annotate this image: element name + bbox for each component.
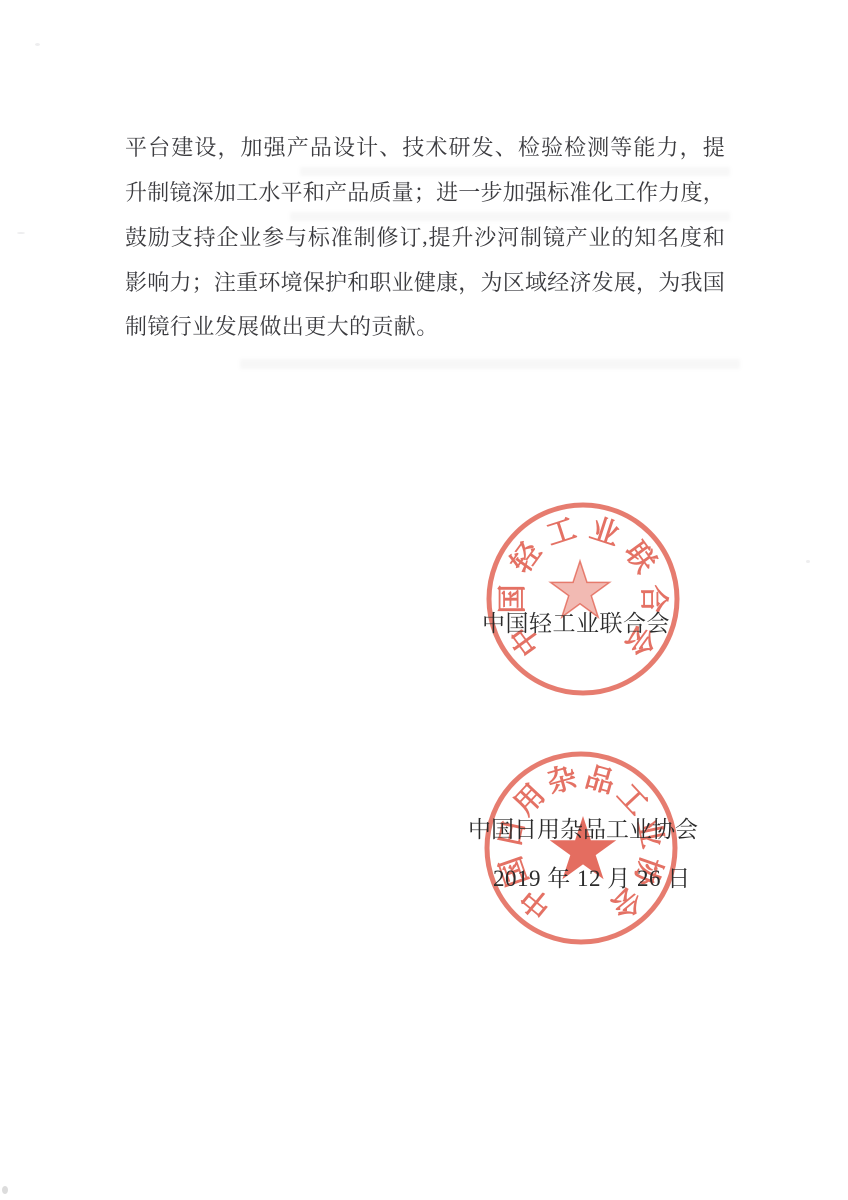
paragraph-char: 、 bbox=[379, 131, 401, 162]
paragraph-char: 康 bbox=[436, 266, 458, 297]
paragraph-char: 产 bbox=[325, 176, 347, 207]
paragraph-char: 国 bbox=[703, 266, 725, 297]
paragraph-char: 注 bbox=[214, 266, 236, 297]
paragraph-char: 台 bbox=[148, 131, 170, 162]
paragraph-char: 鼓 bbox=[125, 221, 147, 252]
paragraph-char: 建 bbox=[171, 131, 193, 162]
paragraph-char: 响 bbox=[147, 266, 169, 297]
seal-ring-char: 杂 bbox=[544, 760, 581, 800]
paragraph-char: 度 bbox=[680, 221, 702, 252]
paragraph-line-4: 影响力；注重环境保护和职业健康，为区域经济发展，为我国 bbox=[125, 259, 725, 304]
paragraph-char: 为 bbox=[658, 266, 680, 297]
paragraph-char: 与 bbox=[285, 221, 307, 252]
paragraph-char: ， bbox=[636, 266, 658, 297]
paragraph-char: 持 bbox=[194, 221, 216, 252]
paragraph-char: 标 bbox=[547, 176, 569, 207]
paragraph-char: 强 bbox=[525, 176, 547, 207]
paragraph-char: 加 bbox=[214, 176, 236, 207]
paragraph-char: 品 bbox=[310, 131, 332, 162]
paragraph-char: 境 bbox=[281, 266, 303, 297]
paragraph-char: ， bbox=[458, 266, 480, 297]
red-round-seal-icon: 中国日用杂品工业协会 bbox=[481, 748, 681, 948]
paragraph-char: 量 bbox=[392, 176, 414, 207]
paragraph-line-1: 平台建设，加强产品设计、技术研发、检验检测等能力，提 bbox=[125, 124, 725, 169]
paragraph-char: 升 bbox=[451, 221, 473, 252]
scan-noise-speck bbox=[17, 232, 25, 234]
paragraph-char: 等 bbox=[610, 131, 632, 162]
seal-ring-char: 工 bbox=[543, 513, 580, 552]
paragraph-char: 提 bbox=[429, 221, 451, 252]
paragraph-line-3: 鼓励支持企业参与标准制修订,提升沙河制镜产业的知名度和 bbox=[125, 214, 725, 259]
paragraph-char: ， bbox=[703, 176, 725, 207]
paragraph-char: 重 bbox=[236, 266, 258, 297]
paragraph-char: 职 bbox=[369, 266, 391, 297]
paragraph-char: ； bbox=[192, 266, 214, 297]
paragraph-char: 步 bbox=[481, 176, 503, 207]
paragraph-char: 健 bbox=[414, 266, 436, 297]
paragraph-char: 镜 bbox=[543, 221, 565, 252]
paragraph-char: 准 bbox=[331, 221, 353, 252]
paragraph-char: 计 bbox=[356, 131, 378, 162]
paragraph-char: 参 bbox=[262, 221, 284, 252]
paragraph-char: 我 bbox=[680, 266, 702, 297]
signature-org-name-1: 中国轻工业联合会 bbox=[482, 605, 670, 638]
paragraph-char: 、 bbox=[495, 131, 517, 162]
paragraph-char: 发 bbox=[472, 131, 494, 162]
paragraph-char: 品 bbox=[347, 176, 369, 207]
paragraph-char: 深 bbox=[192, 176, 214, 207]
scanned-letter-page: 平台建设，加强产品设计、技术研发、检验检测等能力，提 升制镜深加工水平和产品质量… bbox=[0, 0, 848, 1200]
paragraph-char: 测 bbox=[587, 131, 609, 162]
paragraph-char: 企 bbox=[216, 221, 238, 252]
paragraph-char: 制 bbox=[147, 176, 169, 207]
paragraph-char: 业 bbox=[589, 221, 611, 252]
paragraph-char: 平 bbox=[125, 131, 147, 162]
paragraph-char: 发 bbox=[592, 266, 614, 297]
paragraph-char: 设 bbox=[194, 131, 216, 162]
paragraph-char: 提 bbox=[703, 131, 725, 162]
paragraph-char: 护 bbox=[325, 266, 347, 297]
signature-org-name-2: 中国日用杂品工业协会 bbox=[468, 811, 698, 844]
paragraph-char: 验 bbox=[541, 131, 563, 162]
red-round-seal-icon: 中国轻工业联合会 bbox=[483, 499, 683, 699]
paragraph-char: ； bbox=[414, 176, 436, 207]
paragraph-line-5: 制镜行业发展做出更大的贡献。 bbox=[125, 304, 725, 349]
seal-ring-char: 品 bbox=[582, 760, 619, 800]
paragraph-char: 一 bbox=[458, 176, 480, 207]
paragraph-char: 检 bbox=[564, 131, 586, 162]
paragraph-char: 河 bbox=[497, 221, 519, 252]
paragraph-char: 济 bbox=[569, 266, 591, 297]
paragraph-char: 强 bbox=[264, 131, 286, 162]
paragraph-char: 设 bbox=[333, 131, 355, 162]
paragraph-char: 升 bbox=[125, 176, 147, 207]
paragraph-char: 域 bbox=[525, 266, 547, 297]
paragraph-char: 水 bbox=[258, 176, 280, 207]
paragraph-char: 名 bbox=[657, 221, 679, 252]
paragraph-char: 加 bbox=[503, 176, 525, 207]
paragraph-char: 展 bbox=[614, 266, 636, 297]
scan-ghosting bbox=[240, 359, 740, 369]
paragraph-char: 工 bbox=[614, 176, 636, 207]
scan-noise-speck bbox=[2, 1186, 8, 1194]
paragraph-char: 术 bbox=[425, 131, 447, 162]
paragraph-char: 业 bbox=[392, 266, 414, 297]
paragraph-char: ， bbox=[217, 131, 239, 162]
paragraph-char: 和 bbox=[303, 176, 325, 207]
paragraph-char: 加 bbox=[241, 131, 263, 162]
paragraph-char: 镜 bbox=[169, 176, 191, 207]
paragraph-char: 支 bbox=[171, 221, 193, 252]
paragraph-char: 度 bbox=[680, 176, 702, 207]
paragraph-char: 保 bbox=[303, 266, 325, 297]
seal-ring-char: 业 bbox=[586, 512, 624, 552]
paragraph-char: 制 bbox=[354, 221, 376, 252]
paragraph-char: 为 bbox=[481, 266, 503, 297]
paragraph-char: 产 bbox=[566, 221, 588, 252]
paragraph-char: 质 bbox=[369, 176, 391, 207]
paragraph-char: 知 bbox=[634, 221, 656, 252]
paragraph-char: 产 bbox=[287, 131, 309, 162]
paragraph-char: 的 bbox=[611, 221, 633, 252]
paragraph-char: 研 bbox=[449, 131, 471, 162]
paragraph-char: 准 bbox=[569, 176, 591, 207]
paragraph-char: 工 bbox=[236, 176, 258, 207]
paragraph-char: 制 bbox=[520, 221, 542, 252]
paragraph-char: 力 bbox=[169, 266, 191, 297]
paragraph-line-2: 升制镜深加工水平和产品质量；进一步加强标准化工作力度， bbox=[125, 169, 725, 214]
paragraph-char: 进 bbox=[436, 176, 458, 207]
paragraph-char: 和 bbox=[703, 221, 725, 252]
paragraph-char: 力 bbox=[658, 176, 680, 207]
paragraph-char: 化 bbox=[592, 176, 614, 207]
paragraph-char: 影 bbox=[125, 266, 147, 297]
paragraph-char: 区 bbox=[503, 266, 525, 297]
paragraph-char: 技 bbox=[402, 131, 424, 162]
paragraph-char: 力 bbox=[657, 131, 679, 162]
paragraph-char: 检 bbox=[518, 131, 540, 162]
paragraph-char: 励 bbox=[148, 221, 170, 252]
paragraph-char: 修 bbox=[376, 221, 398, 252]
body-paragraph: 平台建设，加强产品设计、技术研发、检验检测等能力，提 升制镜深加工水平和产品质量… bbox=[125, 124, 725, 349]
scan-noise-speck bbox=[806, 560, 810, 563]
paragraph-char: 业 bbox=[239, 221, 261, 252]
paragraph-char: 作 bbox=[636, 176, 658, 207]
paragraph-char: 订 bbox=[399, 221, 421, 252]
paragraph-char: 和 bbox=[347, 266, 369, 297]
paragraph-char: 经 bbox=[547, 266, 569, 297]
paragraph-char: ， bbox=[680, 131, 702, 162]
paragraph-char: 能 bbox=[633, 131, 655, 162]
scan-noise-speck bbox=[35, 43, 40, 46]
paragraph-char: 标 bbox=[308, 221, 330, 252]
paragraph-char: 环 bbox=[258, 266, 280, 297]
signature-date: 2019 年 12 月 26 日 bbox=[493, 860, 691, 893]
paragraph-char: 沙 bbox=[474, 221, 496, 252]
paragraph-char: 平 bbox=[281, 176, 303, 207]
paragraph-char: , bbox=[422, 224, 428, 250]
